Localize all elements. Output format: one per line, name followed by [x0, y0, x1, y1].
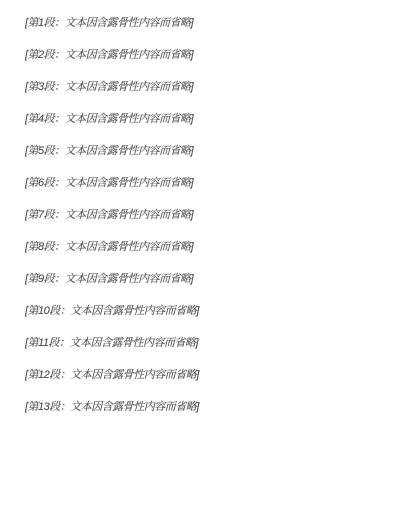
text-paragraph: [第2段：文本因含露骨性内容而省略]: [25, 46, 375, 65]
text-paragraph: [第1段：文本因含露骨性内容而省略]: [25, 14, 375, 33]
story-text-page: [第1段：文本因含露骨性内容而省略] [第2段：文本因含露骨性内容而省略] [第…: [0, 0, 400, 518]
text-paragraph: [第4段：文本因含露骨性内容而省略]: [25, 110, 375, 129]
text-paragraph: [第7段：文本因含露骨性内容而省略]: [25, 206, 375, 225]
text-paragraph: [第6段：文本因含露骨性内容而省略]: [25, 174, 375, 193]
text-paragraph: [第8段：文本因含露骨性内容而省略]: [25, 238, 375, 257]
text-paragraph: [第10段：文本因含露骨性内容而省略]: [25, 302, 375, 321]
text-paragraph: [第3段：文本因含露骨性内容而省略]: [25, 78, 375, 97]
text-paragraph: [第13段：文本因含露骨性内容而省略]: [25, 398, 375, 417]
text-paragraph: [第9段：文本因含露骨性内容而省略]: [25, 270, 375, 289]
text-paragraph: [第11段：文本因含露骨性内容而省略]: [25, 334, 375, 353]
text-paragraph: [第12段：文本因含露骨性内容而省略]: [25, 366, 375, 385]
text-paragraph: [第5段：文本因含露骨性内容而省略]: [25, 142, 375, 161]
